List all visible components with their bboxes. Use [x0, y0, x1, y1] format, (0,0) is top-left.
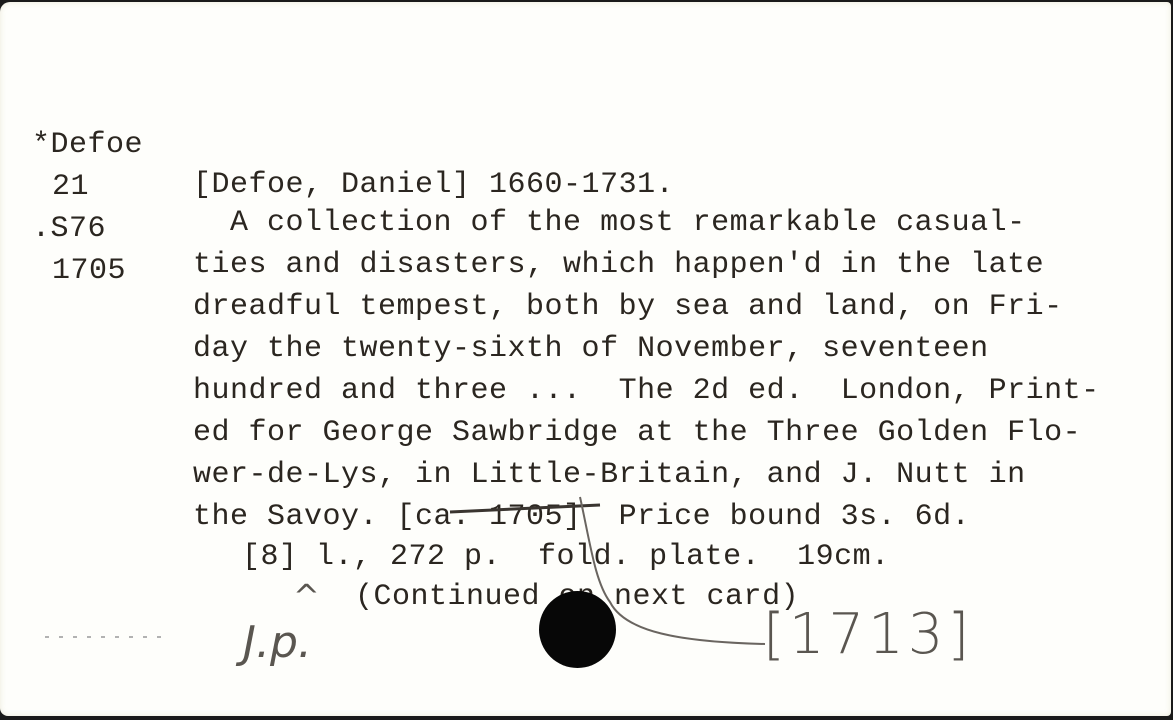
catalog-card: *Defoe 21 .S76 1705 [Defoe, Daniel] 1660… — [0, 2, 1171, 716]
punch-hole — [539, 591, 616, 668]
